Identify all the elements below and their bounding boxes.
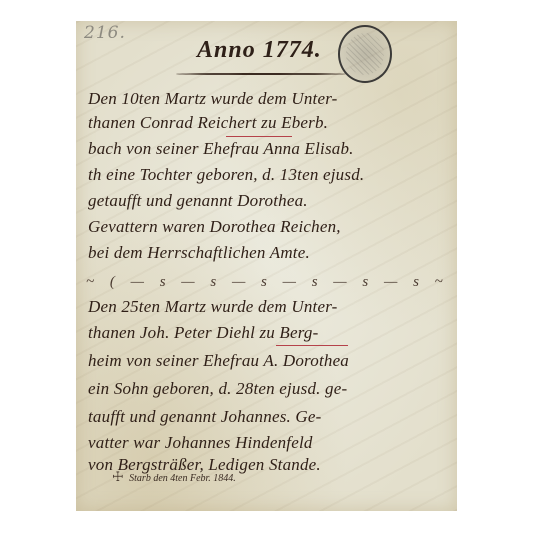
- entry-line: taufft und genannt Johannes. Ge-: [88, 407, 322, 427]
- entry-line: ein Sohn geboren, d. 28ten ejusd. ge-: [88, 379, 347, 399]
- entry-line: thanen Joh. Peter Diehl zu Berg-: [88, 323, 319, 343]
- seal-stamp-icon: [338, 25, 392, 83]
- title-underline: [176, 73, 346, 75]
- page-title: Anno 1774.: [197, 37, 322, 64]
- folio-number: 216.: [84, 23, 126, 43]
- entry-line: heim von seiner Ehefrau A. Dorothea: [88, 351, 349, 371]
- separator-flourish: ~ ( — s — s — s — s — s — s ~: [86, 274, 449, 291]
- manuscript-page: 216. Anno 1774. Den 10ten Martz wurde de…: [76, 21, 457, 511]
- death-note-text: Starb den 4ten Febr. 1844.: [129, 473, 236, 484]
- entry-line: bei dem Herrschaftlichen Amte.: [88, 243, 310, 263]
- entry-line: vatter war Johannes Hindenfeld: [88, 433, 313, 453]
- entry-line: thanen Conrad Reichert zu Eberb.: [88, 113, 328, 133]
- name-underline: [276, 345, 348, 346]
- name-underline: [226, 136, 292, 137]
- entry-line: Gevattern waren Dorothea Reichen,: [88, 217, 341, 237]
- entry-line: th eine Tochter geboren, d. 13ten ejusd.: [88, 165, 364, 185]
- entry-line: getaufft und genannt Dorothea.: [88, 191, 308, 211]
- entry-line: Den 10ten Martz wurde dem Unter-: [88, 89, 338, 109]
- cross-icon: ☩: [112, 469, 124, 485]
- death-note: ☩ Starb den 4ten Febr. 1844.: [112, 469, 236, 485]
- entry-line: bach von seiner Ehefrau Anna Elisab.: [88, 139, 354, 159]
- entry-line: Den 25ten Martz wurde dem Unter-: [88, 297, 338, 317]
